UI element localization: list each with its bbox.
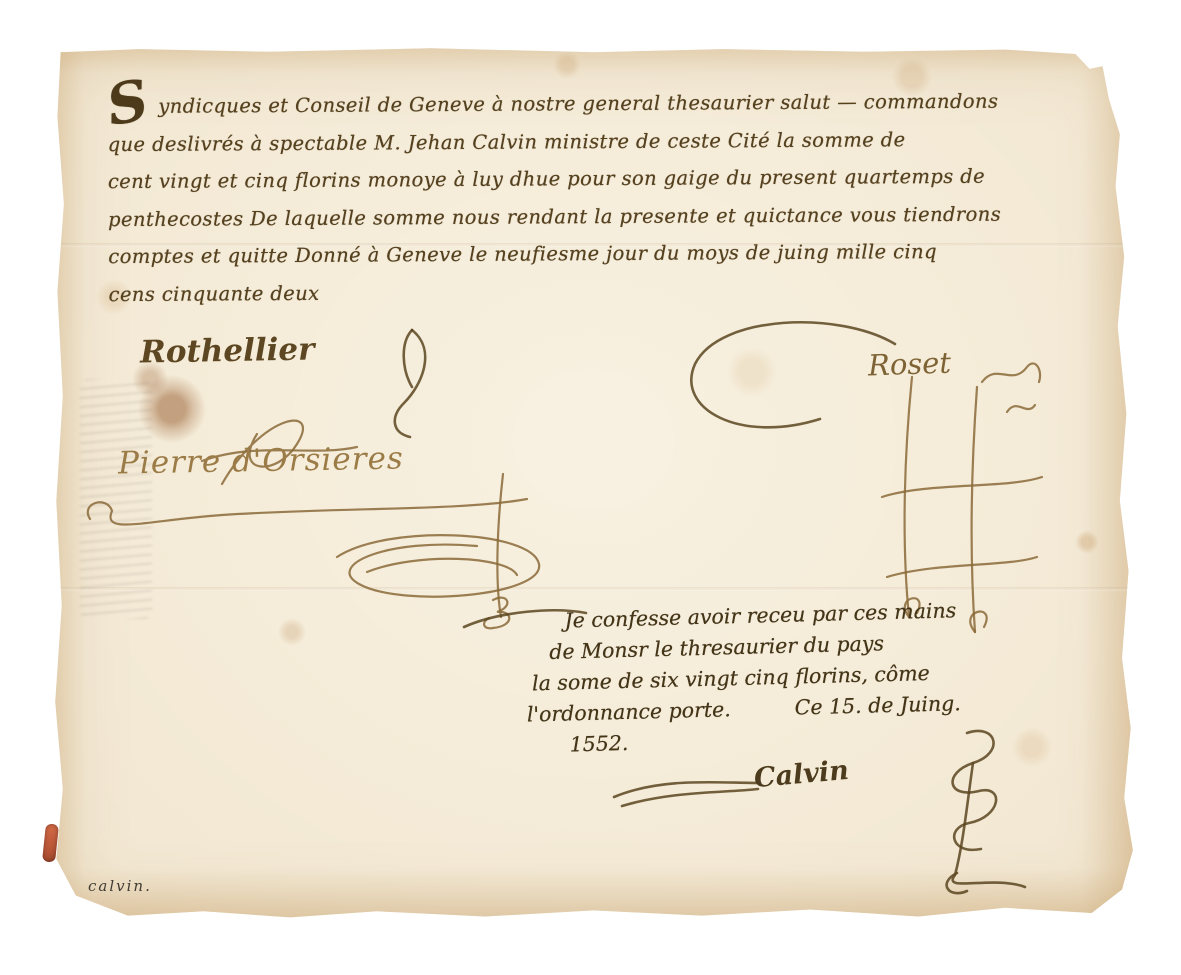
manuscript-paper: Syndicques et Conseil de Geneve à nostre…	[52, 47, 1135, 920]
calligraphic-initial: S	[106, 89, 150, 116]
order-line-2: que deslivrés à spectable M. Jehan Calvi…	[108, 119, 1122, 163]
order-line-1: Syndicques et Conseil de Geneve à nostre…	[107, 78, 1121, 126]
order-line-6: cens cinquante deux	[108, 269, 1122, 313]
order-line-3: cent vingt et cinq florins monoye à luy …	[108, 157, 1122, 201]
signature-calvin: Calvin	[753, 755, 850, 794]
red-wax-mark	[42, 823, 59, 862]
signature-rothellier: Rothellier	[140, 331, 315, 370]
calvin-paraph-flourish	[897, 725, 1037, 900]
rothellier-paraph-flourish	[382, 325, 434, 443]
receipt-closing-left: l'ordonnance porte.	[527, 694, 732, 730]
receipt-closing-right: Ce 15. de Juing.	[794, 688, 961, 723]
archivist-annotation: calvin.	[88, 877, 152, 895]
scanned-manuscript-page: { "document": { "kind": "Handwritten pay…	[0, 0, 1181, 975]
order-text-block: Syndicques et Conseil de Geneve à nostre…	[107, 78, 1122, 313]
calvin-leading-flourish	[612, 763, 762, 809]
order-line-5: comptes et quitte Donné à Geneve le neuf…	[108, 232, 1122, 276]
order-line-4: penthecostes De laquelle somme nous rend…	[108, 194, 1122, 238]
